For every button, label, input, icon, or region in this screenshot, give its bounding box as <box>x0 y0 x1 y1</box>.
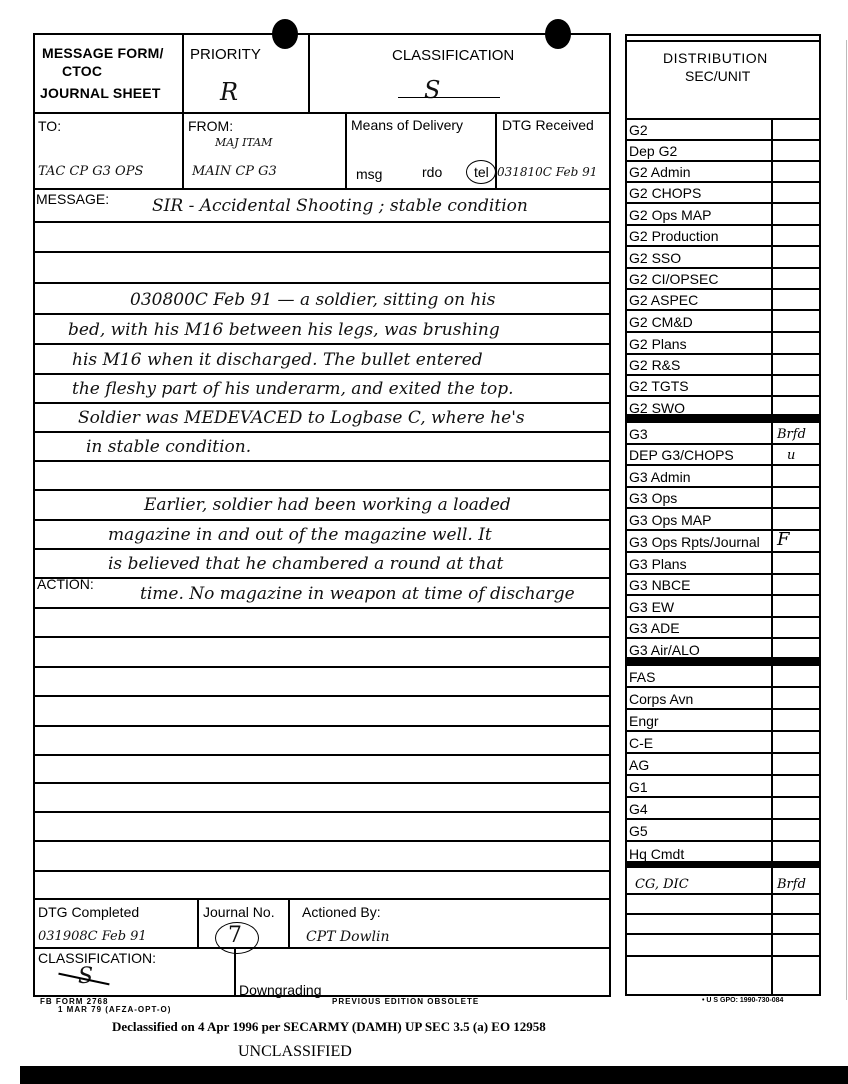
rule-line <box>33 519 611 521</box>
dist-row-g2-aspec[interactable]: G2 ASPEC <box>627 290 819 311</box>
downgrading-label: Downgrading <box>239 982 322 998</box>
rule-line <box>33 577 611 579</box>
action-label: ACTION: <box>37 576 94 592</box>
rule-line <box>33 251 611 253</box>
priority-value: R <box>220 78 238 106</box>
journal-no-label: Journal No. <box>203 904 275 920</box>
divider <box>345 112 347 189</box>
dist-row-blank[interactable] <box>627 915 819 935</box>
to-label: TO: <box>38 118 61 134</box>
dist-row-g2-admin[interactable]: G2 Admin <box>627 162 819 183</box>
rule-line <box>33 431 611 433</box>
dist-label: C-E <box>629 735 653 751</box>
dist-label: DEP G3/CHOPS <box>629 447 734 463</box>
rule-line <box>33 754 611 756</box>
to-value: TAC CP G3 OPS <box>38 164 143 179</box>
dist-row-dep-g3-chops[interactable]: DEP G3/CHOPSu <box>627 445 819 466</box>
divider <box>288 898 290 948</box>
distribution-header: DISTRIBUTION <box>663 50 768 66</box>
rule-line <box>33 840 611 842</box>
form-title: MESSAGE FORM/ <box>42 45 164 61</box>
dist-row-g3-ade[interactable]: G3 ADE <box>627 618 819 639</box>
dtg-completed-value: 031908C Feb 91 <box>38 929 147 944</box>
dist-row-g3-nbce[interactable]: G3 NBCE <box>627 575 819 596</box>
dist-row-g2-cmd[interactable]: G2 CM&D <box>627 311 819 333</box>
dist-row-blank[interactable] <box>627 935 819 957</box>
dist-row-blank[interactable] <box>627 895 819 915</box>
priority-label: PRIORITY <box>190 46 261 63</box>
dist-label: G3 Air/ALO <box>629 642 700 658</box>
dist-label: G3 Ops MAP <box>629 512 711 528</box>
form-title-journal: JOURNAL SHEET <box>40 85 161 101</box>
dist-label: G2 R&S <box>629 357 680 373</box>
actioned-by-value: CPT Dowlin <box>306 929 390 945</box>
rule-line <box>33 695 611 697</box>
message-subject: SIR - Accidental Shooting ; stable condi… <box>152 196 528 216</box>
dist-row-g2-sso[interactable]: G2 SSO <box>627 247 819 269</box>
dist-label: G3 Ops <box>629 490 677 506</box>
dist-row-g3-air-alo[interactable]: G3 Air/ALO <box>627 639 819 659</box>
form-top-border <box>33 33 611 35</box>
message-line: in stable condition. <box>86 437 251 457</box>
dist-row-corps-avn[interactable]: Corps Avn <box>627 688 819 710</box>
message-line: 030800C Feb 91 — a soldier, sitting on h… <box>130 290 496 310</box>
dist-row-ag[interactable]: AG <box>627 754 819 776</box>
punch-hole <box>272 19 298 49</box>
divider <box>197 898 199 948</box>
means-of-delivery-label: Means of Delivery <box>351 117 463 133</box>
dist-row-fas[interactable]: FAS <box>627 666 819 688</box>
message-label: MESSAGE: <box>36 191 109 207</box>
message-line: time. No magazine in weapon at time of d… <box>140 584 575 604</box>
dist-row-g2-tgts[interactable]: G2 TGTS <box>627 376 819 397</box>
dist-label: G2 TGTS <box>629 378 689 394</box>
dist-label: FAS <box>629 669 655 685</box>
message-line: magazine in and out of the magazine well… <box>108 525 492 545</box>
dist-label: Hq Cmdt <box>629 846 684 862</box>
divider <box>308 33 310 113</box>
dist-mark: F <box>777 529 790 550</box>
rule-line <box>33 898 611 900</box>
dist-row-dep-g2[interactable]: Dep G2 <box>627 141 819 162</box>
punch-hole <box>545 19 571 49</box>
selected-circle-mark <box>466 160 496 184</box>
group-separator <box>627 657 819 666</box>
dist-label: G2 ASPEC <box>629 292 698 308</box>
rule-line <box>33 607 611 609</box>
dist-label: G3 EW <box>629 599 674 615</box>
rule-line <box>33 636 611 638</box>
dist-row-ce[interactable]: C-E <box>627 732 819 754</box>
dist-label: G3 Plans <box>629 556 687 572</box>
dist-row-g3-ops[interactable]: G3 Ops <box>627 488 819 509</box>
from-value-name: MAJ ITAM <box>215 136 272 149</box>
dist-label: CG, DIC <box>635 877 689 892</box>
form-bottom-border <box>33 995 611 997</box>
message-line: the fleshy part of his underarm, and exi… <box>72 379 514 399</box>
form-date: 1 MAR 79 (AFZA-OPT-O) <box>58 1005 171 1014</box>
rule-line <box>33 489 611 491</box>
dist-row-engr[interactable]: Engr <box>627 710 819 732</box>
rule-line <box>33 725 611 727</box>
form-right-border <box>609 33 611 997</box>
dist-row-g3-admin[interactable]: G3 Admin <box>627 466 819 488</box>
rule-line <box>33 313 611 315</box>
dist-row-blank[interactable] <box>627 957 819 994</box>
dist-label: G3 Admin <box>629 469 690 485</box>
message-line: his M16 when it discharged. The bullet e… <box>72 350 483 370</box>
group-separator <box>627 414 819 423</box>
divider <box>627 40 819 42</box>
actioned-by-label: Actioned By: <box>302 904 381 920</box>
rule-line <box>33 870 611 872</box>
dist-label: Dep G2 <box>629 143 677 159</box>
dist-row-g2-plans[interactable]: G2 Plans <box>627 333 819 355</box>
form-title-ctoc: CTOC <box>62 63 102 79</box>
classification-value: S <box>424 76 440 104</box>
distribution-subheader: SEC/UNIT <box>685 68 750 84</box>
from-value-unit: MAIN CP G3 <box>192 164 277 179</box>
dist-label: G4 <box>629 801 648 817</box>
from-label: FROM: <box>188 118 233 134</box>
dist-row-g3-ew[interactable]: G3 EW <box>627 596 819 618</box>
dist-label: G2 Admin <box>629 164 690 180</box>
scan-edge <box>20 1066 848 1084</box>
dist-label: G2 SSO <box>629 250 681 266</box>
rule-line <box>33 221 611 223</box>
dist-label: G3 <box>629 426 648 442</box>
previous-edition-note: PREVIOUS EDITION OBSOLETE <box>332 997 479 1006</box>
dist-label: AG <box>629 757 649 773</box>
divider <box>33 112 611 114</box>
dist-row-g2[interactable]: G2 <box>627 120 819 141</box>
dist-label: G3 ADE <box>629 620 680 636</box>
dist-row-g2-rs[interactable]: G2 R&S <box>627 355 819 376</box>
rule-line <box>33 282 611 284</box>
dtg-received-value: 031810C Feb 91 <box>497 165 597 179</box>
page-edge <box>846 40 847 1000</box>
dist-row-hq-cmdt[interactable]: Hq Cmdt <box>627 842 819 863</box>
form-left-border <box>33 33 35 997</box>
message-line: Earlier, soldier had been working a load… <box>144 495 511 515</box>
classification-underline <box>398 97 500 98</box>
rule-line <box>33 460 611 462</box>
means-option-rdo[interactable]: rdo <box>422 164 442 180</box>
dist-label: G2 CHOPS <box>629 185 701 201</box>
rule-line <box>33 548 611 550</box>
dist-label: G2 Production <box>629 228 719 244</box>
message-line: is believed that he chambered a round at… <box>108 554 503 574</box>
means-option-msg[interactable]: msg <box>356 166 382 182</box>
dist-label: G2 CI/OPSEC <box>629 271 718 287</box>
dist-row-g2-ops-map[interactable]: G2 Ops MAP <box>627 204 819 226</box>
dist-row-g3-plans[interactable]: G3 Plans <box>627 553 819 575</box>
dist-label: G2 CM&D <box>629 314 693 330</box>
dist-row-g3-ops-map[interactable]: G3 Ops MAP <box>627 509 819 531</box>
dist-mark: Brfd <box>777 877 806 892</box>
dist-label: G3 NBCE <box>629 577 690 593</box>
dist-row-writein[interactable]: CG, DICBrfd <box>627 868 819 895</box>
journal-no-value: 7 <box>228 923 242 948</box>
rule-line <box>33 343 611 345</box>
dist-label: Corps Avn <box>629 691 693 707</box>
dist-mark: Brfd <box>777 427 806 442</box>
dist-row-g5[interactable]: G5 <box>627 820 819 842</box>
distribution-panel: DISTRIBUTION SEC/UNIT G2 Dep G2 G2 Admin… <box>625 34 821 996</box>
dist-label: G2 Ops MAP <box>629 207 711 223</box>
rule-line <box>33 373 611 375</box>
rule-line <box>33 782 611 784</box>
dist-row-g1[interactable]: G1 <box>627 776 819 798</box>
dist-mark: u <box>787 448 795 463</box>
divider <box>33 947 611 949</box>
dist-row-g3[interactable]: G3Brfd <box>627 423 819 445</box>
dist-label: Engr <box>629 713 659 729</box>
dist-row-g4[interactable]: G4 <box>627 798 819 820</box>
dist-label: G1 <box>629 779 648 795</box>
message-line: Soldier was MEDEVACED to Logbase C, wher… <box>78 408 525 428</box>
dist-label: G5 <box>629 823 648 839</box>
divider <box>182 33 184 189</box>
dist-label: G3 Ops Rpts/Journal <box>629 534 760 550</box>
dist-row-g2-production[interactable]: G2 Production <box>627 226 819 247</box>
dist-label: G2 Plans <box>629 336 687 352</box>
divider <box>234 947 236 997</box>
dist-row-g3-ops-rpts-journal[interactable]: G3 Ops Rpts/JournalF <box>627 531 819 553</box>
message-line: bed, with his M16 between his legs, was … <box>68 320 500 340</box>
rule-line <box>33 666 611 668</box>
dtg-received-label: DTG Received <box>502 117 594 133</box>
divider <box>33 188 611 190</box>
bottom-classification-label: CLASSIFICATION: <box>38 950 156 966</box>
classification-label: CLASSIFICATION <box>392 47 514 64</box>
dist-label: G2 <box>629 122 648 138</box>
rule-line <box>33 402 611 404</box>
group-separator <box>627 861 819 868</box>
dist-row-g2-ci-opsec[interactable]: G2 CI/OPSEC <box>627 269 819 290</box>
dist-row-g2-chops[interactable]: G2 CHOPS <box>627 183 819 204</box>
gpo-note: • U S GPO: 1990-730-084 <box>702 997 783 1004</box>
declassification-note: Declassified on 4 Apr 1996 per SECARMY (… <box>112 1019 546 1035</box>
dtg-completed-label: DTG Completed <box>38 904 139 920</box>
rule-line <box>33 811 611 813</box>
unclassified-marking: UNCLASSIFIED <box>238 1043 352 1061</box>
